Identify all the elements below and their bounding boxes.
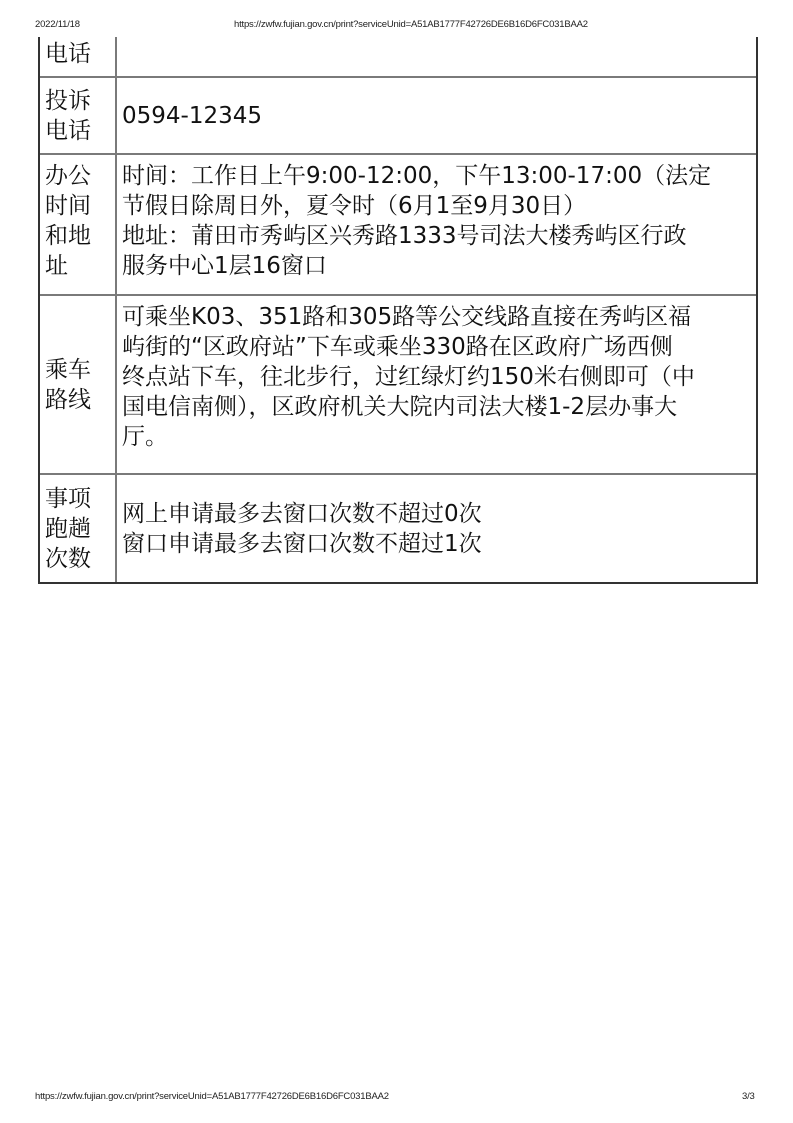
table-row-office-hours-address: 办公时间和地址 时间：工作日上午9:00-12:00，下午13:00-17:00… (40, 153, 756, 294)
row-value: 可乘坐K03、351路和305路等公交线路直接在秀屿区福 屿街的“区政府站”下车… (117, 296, 756, 473)
table-row-phone: 电话 (40, 37, 756, 76)
row-label: 电话 (40, 37, 117, 76)
row-value (117, 37, 756, 76)
print-header-url: https://zwfw.fujian.gov.cn/print?service… (234, 19, 588, 30)
row-label: 投诉电话 (40, 78, 117, 153)
row-label: 事项跑趟次数 (40, 475, 117, 582)
complaint-phone-number: 0594-12345 (122, 101, 262, 131)
row-value: 网上申请最多去窗口次数不超过0次 窗口申请最多去窗口次数不超过1次 (117, 475, 756, 582)
table-row-bus-route: 乘车路线 可乘坐K03、351路和305路等公交线路直接在秀屿区福 屿街的“区政… (40, 294, 756, 473)
row-value: 0594-12345 (117, 78, 756, 153)
page-number: 3/3 (742, 1091, 755, 1102)
table-row-complaint-phone: 投诉电话 0594-12345 (40, 76, 756, 153)
print-footer-url: https://zwfw.fujian.gov.cn/print?service… (35, 1091, 389, 1102)
row-label: 办公时间和地址 (40, 155, 117, 294)
service-info-table: 电话 投诉电话 0594-12345 办公时间和地址 时间：工作日上午9:00-… (38, 37, 758, 584)
row-value: 时间：工作日上午9:00-12:00，下午13:00-17:00（法定 节假日除… (117, 155, 756, 294)
row-label: 乘车路线 (40, 296, 117, 473)
print-date: 2022/11/18 (35, 19, 80, 30)
table-row-visit-count: 事项跑趟次数 网上申请最多去窗口次数不超过0次 窗口申请最多去窗口次数不超过1次 (40, 473, 756, 582)
